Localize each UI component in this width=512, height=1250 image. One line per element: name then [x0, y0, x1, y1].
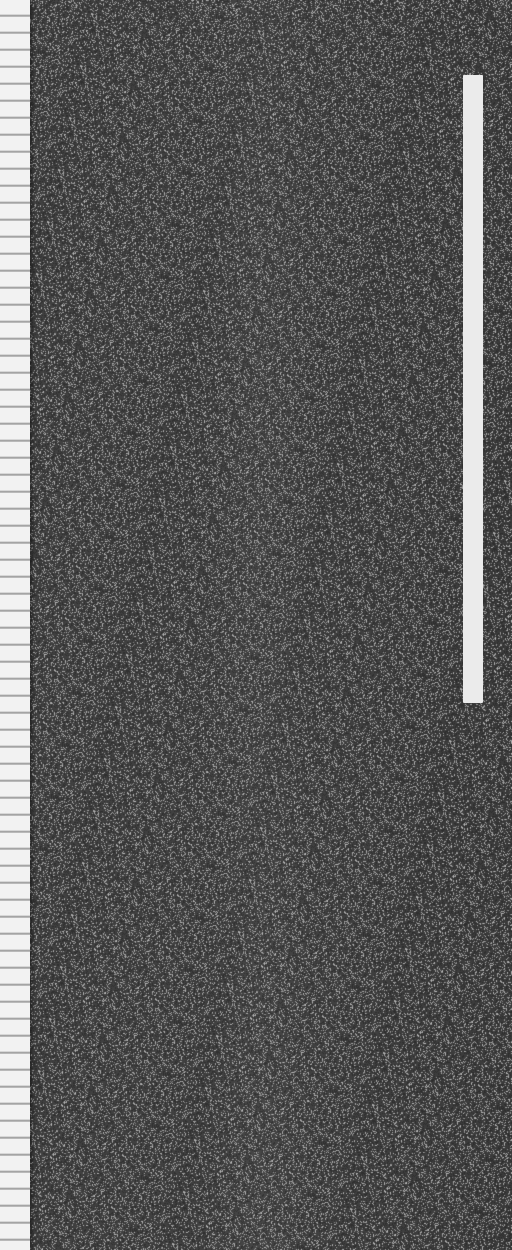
road-aerial-image — [0, 0, 512, 1250]
asphalt-texture — [0, 0, 512, 1250]
curb — [0, 0, 30, 1250]
lane-marking — [463, 75, 483, 703]
